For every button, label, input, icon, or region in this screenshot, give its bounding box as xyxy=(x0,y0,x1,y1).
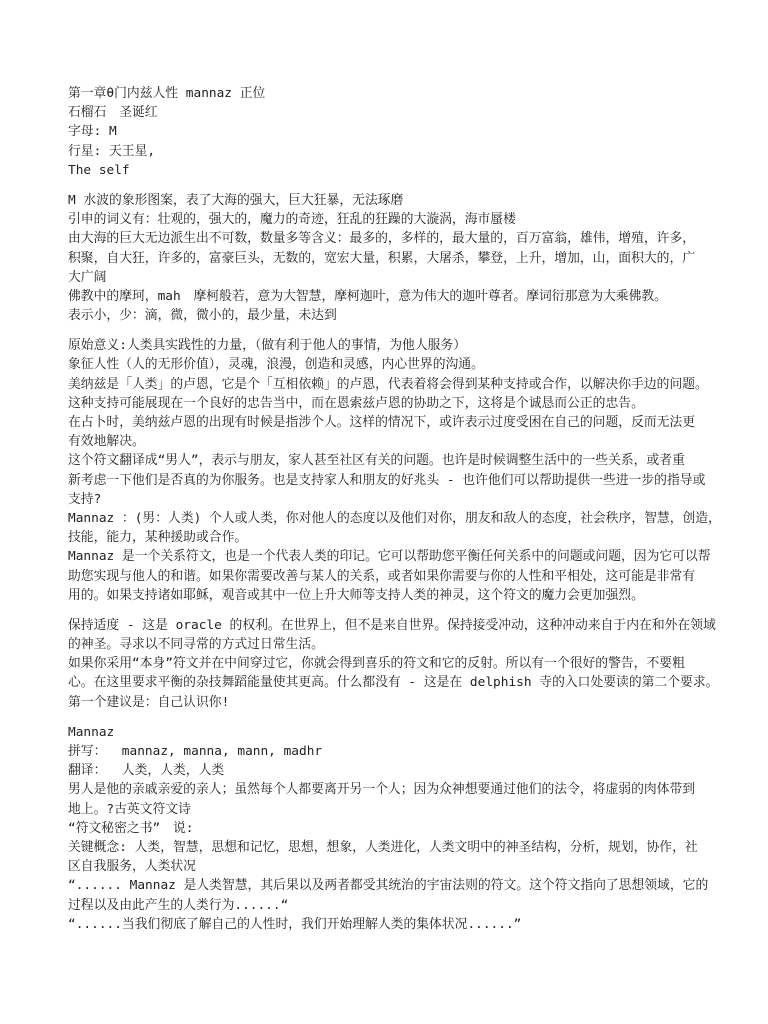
text-line: 美纳兹是「人类」的卢恩，它是个「互相依赖」的卢恩，代表着将会得到某种支持或合作，… xyxy=(68,375,716,394)
text-line: 支持? xyxy=(68,490,716,509)
text-line: “...... Mannaz 是人类智慧，其后果以及两者都受其统治的宇宙法则的符… xyxy=(68,876,716,895)
text-line: 第一个建议是：自己认识你! xyxy=(68,693,716,712)
document-content: 第一章θ门内兹人性 mannaz 正位石榴石 圣诞红字母: M行星: 天王星,T… xyxy=(68,84,716,934)
text-line: 有效地解决。 xyxy=(68,432,716,451)
text-line: 关键概念: 人类，智慧，思想和记忆，思想，想象，人类进化，人类文明中的神圣结构，… xyxy=(68,838,716,857)
text-line: Mannaz 是一个关系符文，也是一个代表人类的印记。它可以帮助您平衡任何关系中… xyxy=(68,547,716,566)
text-line: The self xyxy=(68,161,716,180)
text-line: 拼写： mannaz, manna, mann, madhr xyxy=(68,742,716,761)
text-line: 象征人性（人的无形价值），灵魂，浪漫，创造和灵感，内心世界的沟通。 xyxy=(68,355,716,374)
text-line: 地上。?古英文符文诗 xyxy=(68,800,716,819)
text-line: 石榴石 圣诞红 xyxy=(68,103,716,122)
blank-line xyxy=(68,325,716,336)
text-line: 技能，能力，某种援助或合作。 xyxy=(68,528,716,547)
text-line: 翻译： 人类，人类，人类 xyxy=(68,761,716,780)
text-line: 的神圣。寻求以不同寻常的方式过日常生活。 xyxy=(68,635,716,654)
text-line: “符文秘密之书” 说: xyxy=(68,819,716,838)
text-line: Mannaz xyxy=(68,723,716,742)
text-line: “......当我们彻底了解自己的人性时，我们开始理解人类的集体状况......… xyxy=(68,915,716,934)
text-line: 在占卜时，美纳兹卢恩的出现有时候是指涉个人。这样的情况下，或许表示过度受困在自己… xyxy=(68,413,716,432)
text-line: 保持适度 - 这是 oracle 的权利。在世界上，但不是来自世界。保持接受冲动… xyxy=(68,616,716,635)
text-line: 助您实现与他人的和谐。如果你需要改善与某人的关系，或者如果你需要与你的人性和平相… xyxy=(68,567,716,586)
document-page: 第一章θ门内兹人性 mannaz 正位石榴石 圣诞红字母: M行星: 天王星,T… xyxy=(0,0,768,1024)
blank-line xyxy=(68,605,716,616)
text-line: Mannaz ：(男：人类) 个人或人类，你对他人的态度以及他们对你，朋友和敌人… xyxy=(68,509,716,528)
text-line: M 水波的象形图案，表了大海的强大，巨大狂暴，无法琢磨 xyxy=(68,191,716,210)
text-line: 这种支持可能展现在一个良好的忠告当中，而在恩索兹卢恩的协助之下，这将是个诚恳而公… xyxy=(68,394,716,413)
text-line: 区自我服务，人类状况 xyxy=(68,857,716,876)
text-line: 由大海的巨大无边派生出不可数，数量多等含义：最多的，多样的，最大量的，百万富翁，… xyxy=(68,229,716,248)
text-line: 如果你采用“本身”符文并在中间穿过它，你就会得到喜乐的符文和它的反射。所以有一个… xyxy=(68,654,716,673)
text-line: 男人是他的亲戚亲爱的亲人；虽然每个人都要离开另一个人；因为众神想要通过他们的法令… xyxy=(68,780,716,799)
text-line: 大广阔 xyxy=(68,268,716,287)
text-line: 引申的词义有：壮观的，强大的，魔力的奇迹，狂乱的狂躁的大漩涡，海市蜃楼 xyxy=(68,210,716,229)
text-line: 积聚，自大狂，许多的，富豪巨头，无数的，宽宏大量，积累，大屠杀，攀登，上升，增加… xyxy=(68,249,716,268)
text-line: 过程以及由此产生的人类行为......“ xyxy=(68,896,716,915)
text-line: 用的。如果支持诸如耶稣，观音或其中一位上升大师等支持人类的神灵，这个符文的魔力会… xyxy=(68,586,716,605)
text-line: 新考虑一下他们是否真的为你服务。也是支持家人和朋友的好兆头 - 也许他们可以帮助… xyxy=(68,471,716,490)
text-line: 第一章θ门内兹人性 mannaz 正位 xyxy=(68,84,716,103)
text-line: 字母: M xyxy=(68,122,716,141)
text-line: 原始意义:人类具实践性的力量，（做有利于他人的事情，为他人服务） xyxy=(68,336,716,355)
text-line: 心。在这里要求平衡的杂技舞蹈能量使其更高。什么都没有 - 这是在 delphis… xyxy=(68,673,716,692)
text-line: 佛教中的摩珂，mah 摩柯般若，意为大智慧，摩柯迦叶，意为伟大的迦叶尊者。摩词衍… xyxy=(68,287,716,306)
text-line: 这个符文翻译成“男人”，表示与朋友，家人甚至社区有关的问题。也许是时候调整生活中… xyxy=(68,451,716,470)
text-line: 表示小，少：滴，微，微小的，最少量，未达到 xyxy=(68,306,716,325)
blank-line xyxy=(68,180,716,191)
blank-line xyxy=(68,712,716,723)
text-line: 行星: 天王星, xyxy=(68,142,716,161)
